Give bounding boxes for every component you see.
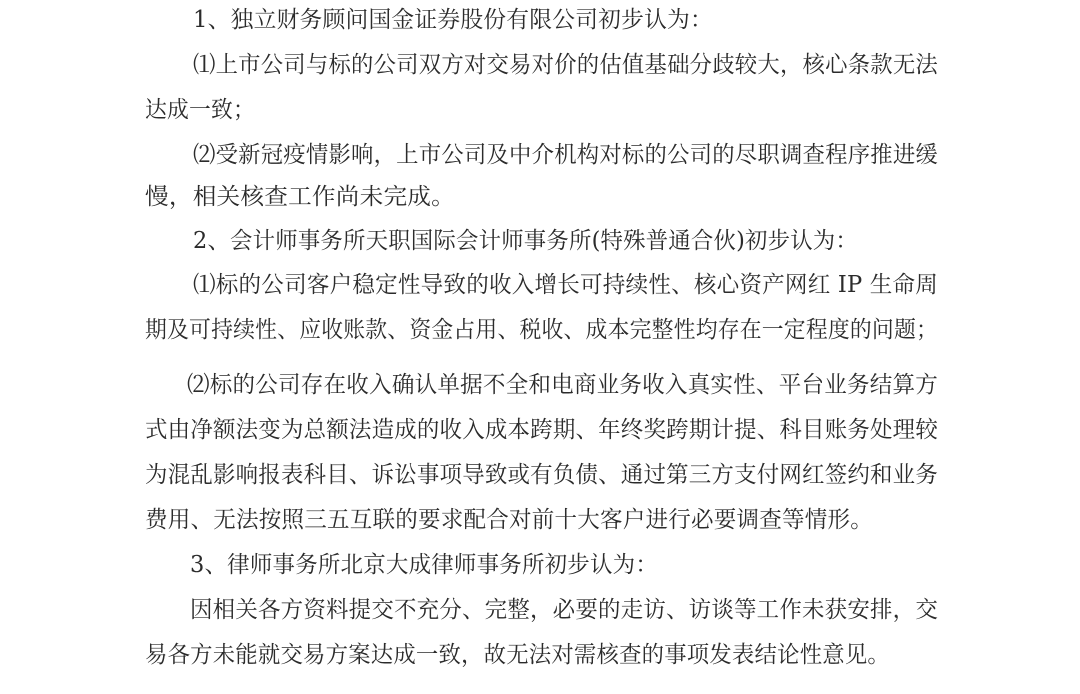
line-text: ⑴标的公司客户稳定性导致的收入增长可持续性、核心资产网红 IP 生命周 — [193, 270, 938, 300]
paragraph-2-2-line-4: 费用、无法按照三五互联的要求配合对前十大客户进行必要调查等情形。 — [145, 505, 887, 535]
line-text: 为混乱影响报表科目、诉讼事项导致或有负债、通过第三方支付网红签约和业务 — [145, 460, 938, 490]
paragraph-2-2-line-3: 为混乱影响报表科目、诉讼事项导致或有负债、通过第三方支付网红签约和业务 — [145, 460, 957, 490]
paragraph-2-2-line-1: ⑵标的公司存在收入确认单据不全和电商业务收入真实性、平台业务结算方 — [187, 370, 953, 400]
line-text: ⑵受新冠疫情影响，上市公司及中介机构对标的公司的尽职调查程序推进缓 — [193, 140, 938, 170]
paragraph-1-2-line-2: 慢，相关核查工作尚未完成。 — [145, 182, 447, 212]
line-text: 2、会计师事务所天职国际会计师事务所(特殊普通合伙)初步认为： — [193, 226, 858, 256]
line-text: 式由净额法变为总额法造成的收入成本跨期、年终奖跨期计提、科目账务处理较 — [145, 415, 938, 445]
paragraph-heading-1: 1、独立财务顾问国金证券股份有限公司初步认为： — [193, 5, 718, 35]
line-text: 1、独立财务顾问国金证券股份有限公司初步认为： — [193, 5, 713, 35]
line-text: 3、律师事务所北京大成律师事务所初步认为： — [190, 550, 658, 580]
line-text: 期及可持续性、应收账款、资金占用、税收、成本完整性均存在一定程度的问题； — [145, 315, 938, 345]
paragraph-heading-3: 3、律师事务所北京大成律师事务所初步认为： — [190, 550, 669, 580]
paragraph-2-1-line-1: ⑴标的公司客户稳定性导致的收入增长可持续性、核心资产网红 IP 生命周 — [193, 270, 952, 300]
line-text: 费用、无法按照三五互联的要求配合对前十大客户进行必要调查等情形。 — [145, 505, 873, 535]
line-text: 易各方未能就交易方案达成一致，故无法对需核查的事项发表结论性意见。 — [145, 640, 890, 670]
line-text: 因相关各方资料提交不充分、完整，必要的走访、访谈等工作未获安排，交 — [190, 595, 938, 625]
paragraph-2-2-line-2: 式由净额法变为总额法造成的收入成本跨期、年终奖跨期计提、科目账务处理较 — [145, 415, 957, 445]
paragraph-1-1-line-1: ⑴上市公司与标的公司双方对交易对价的估值基础分歧较大，核心条款无法 — [193, 50, 959, 80]
line-text: ⑴上市公司与标的公司双方对交易对价的估值基础分歧较大，核心条款无法 — [193, 50, 938, 80]
document-page: 1、独立财务顾问国金证券股份有限公司初步认为： ⑴上市公司与标的公司双方对交易对… — [0, 0, 1080, 694]
paragraph-3-line-1: 因相关各方资料提交不充分、完整，必要的走访、访谈等工作未获安排，交 — [190, 595, 956, 625]
line-text: ⑵标的公司存在收入确认单据不全和电商业务收入真实性、平台业务结算方 — [187, 370, 938, 400]
line-text: 慢，相关核查工作尚未完成。 — [145, 182, 455, 212]
paragraph-3-line-2: 易各方未能就交易方案达成一致，故无法对需核查的事项发表结论性意见。 — [145, 640, 911, 670]
paragraph-1-2-line-1: ⑵受新冠疫情影响，上市公司及中介机构对标的公司的尽职调查程序推进缓 — [193, 140, 959, 170]
paragraph-heading-2: 2、会计师事务所天职国际会计师事务所(特殊普通合伙)初步认为： — [193, 226, 876, 256]
paragraph-2-1-line-2: 期及可持续性、应收账款、资金占用、税收、成本完整性均存在一定程度的问题； — [145, 315, 980, 345]
paragraph-1-1-line-2: 达成一致； — [145, 95, 261, 125]
line-text: 达成一致； — [145, 95, 255, 125]
